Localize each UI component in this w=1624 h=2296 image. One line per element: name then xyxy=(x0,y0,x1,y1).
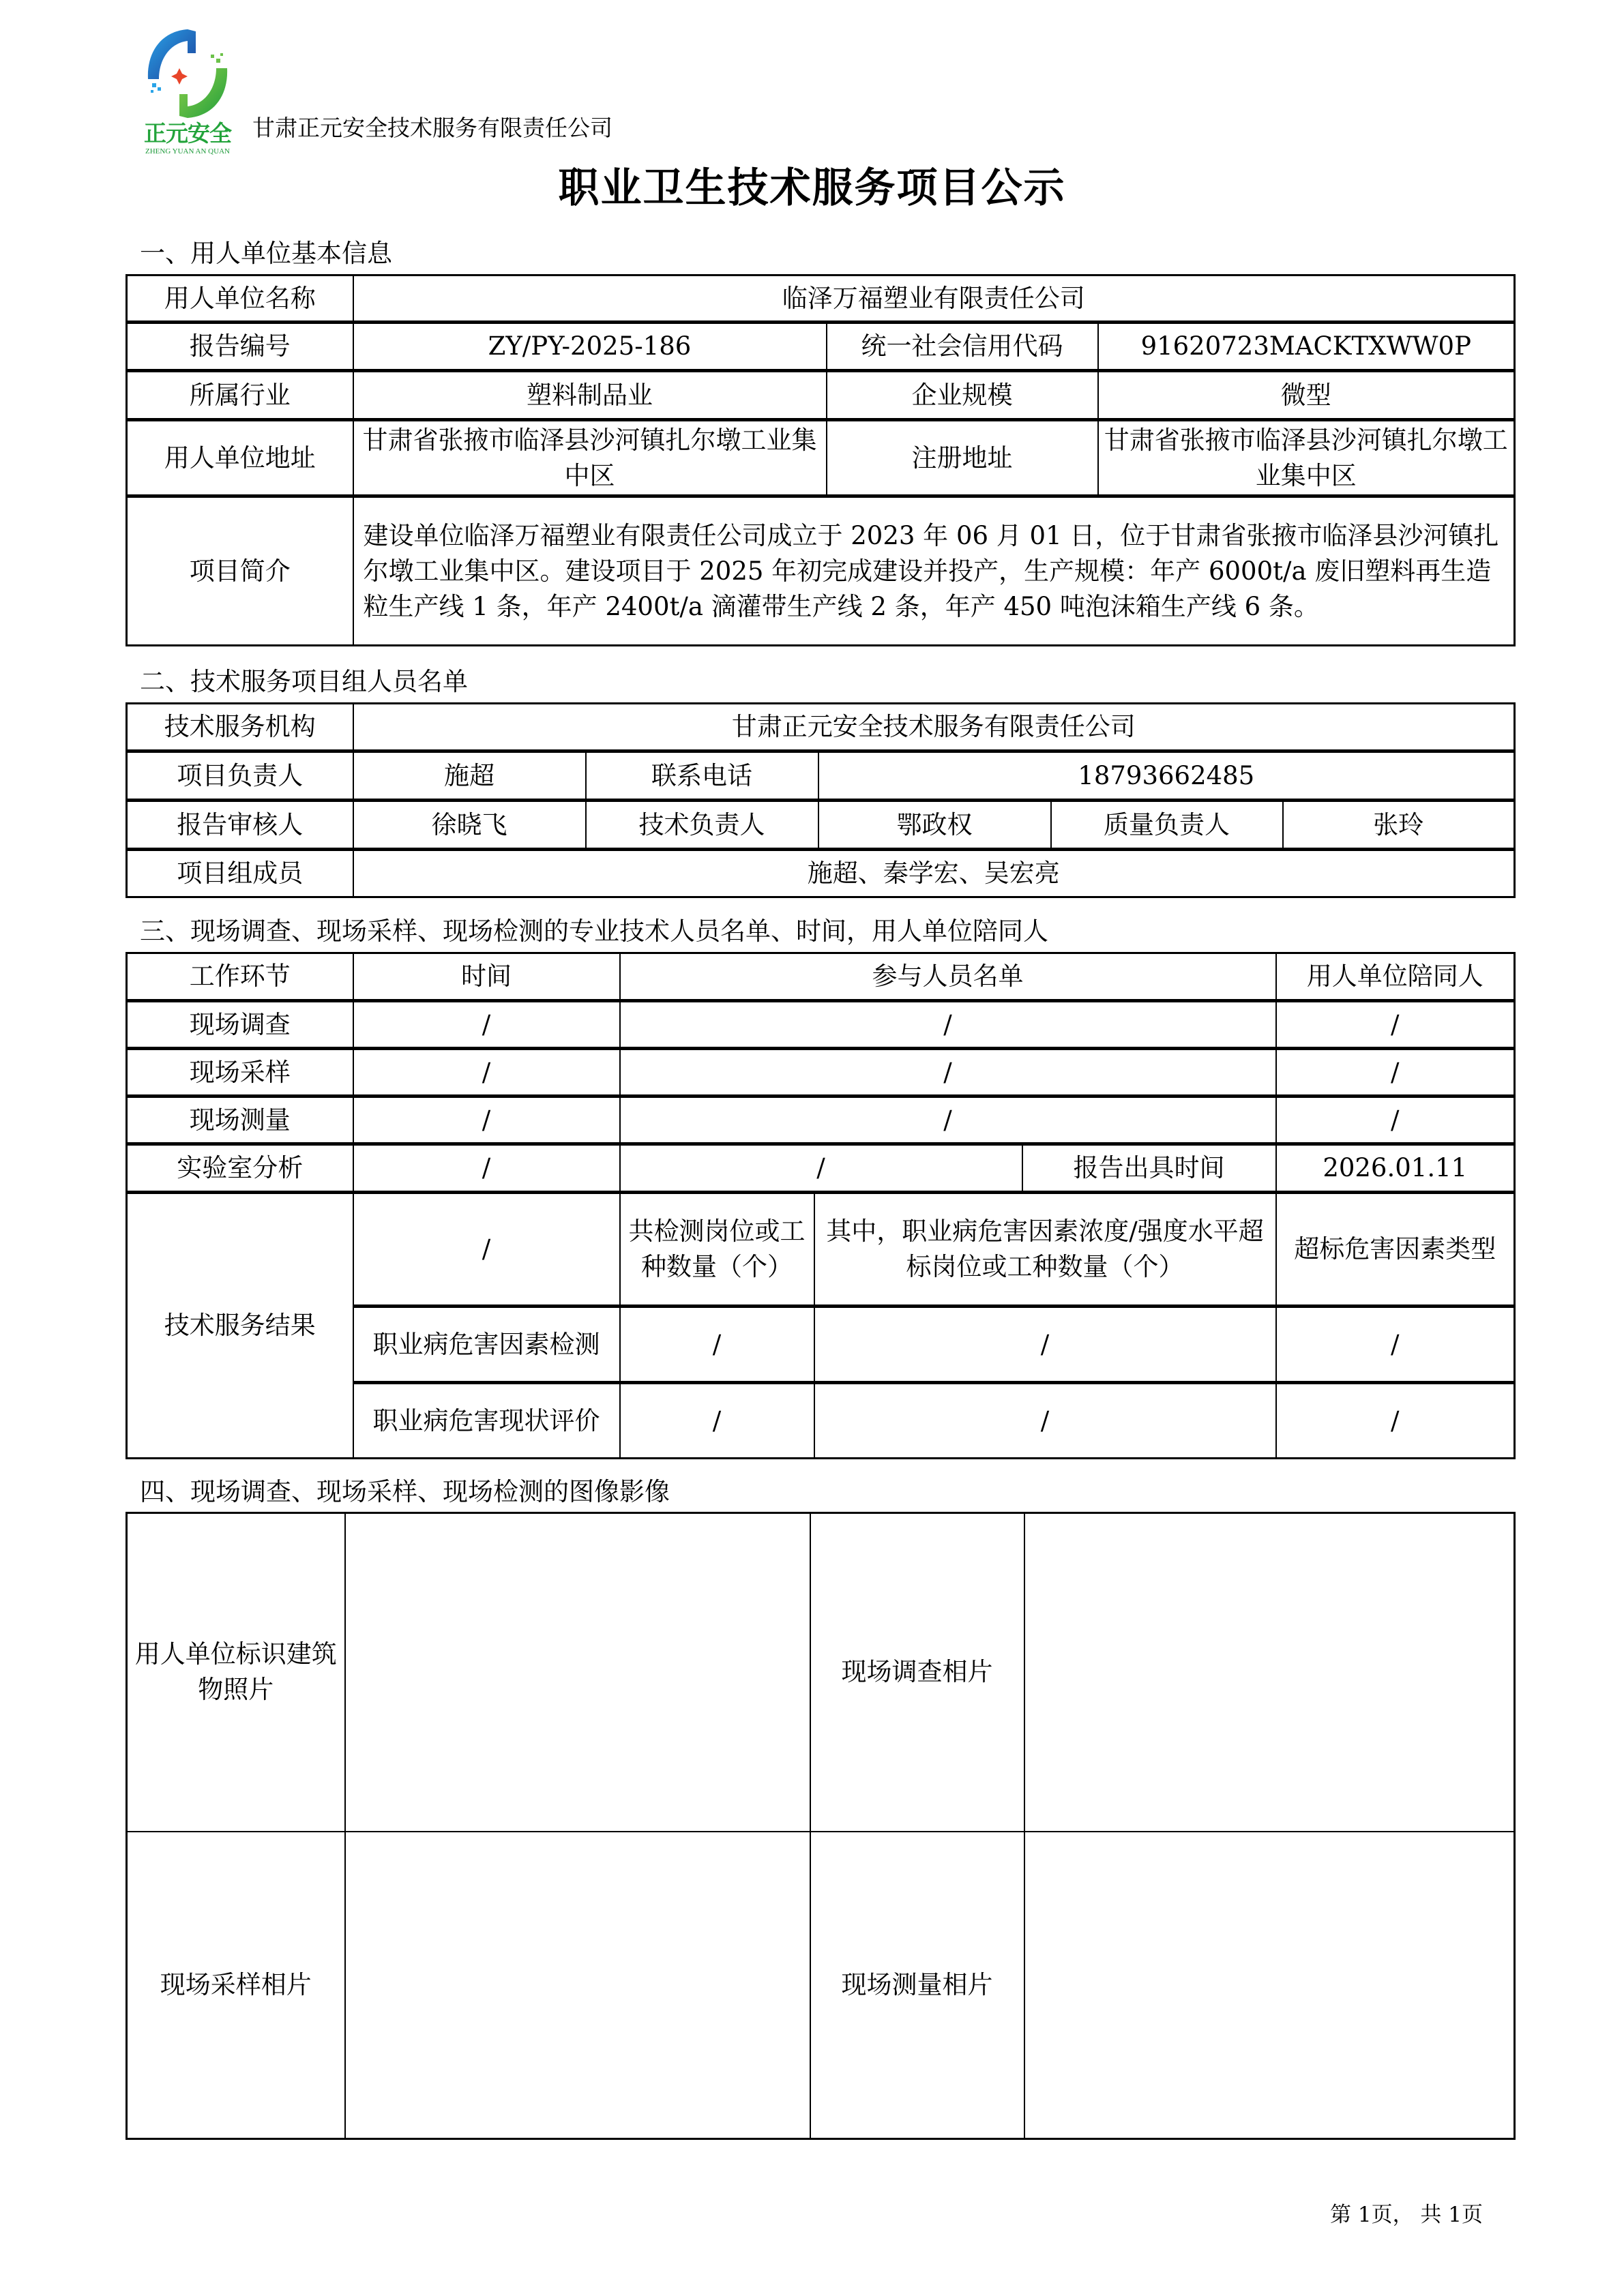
time-value: / xyxy=(353,1049,620,1097)
report-no-label: 报告编号 xyxy=(127,323,353,371)
reg-address-value: 甘肃省张掖市临泽县沙河镇扎尔墩工业集中区 xyxy=(1098,420,1515,496)
table-row: 用人单位地址 甘肃省张掖市临泽县沙河镇扎尔墩工业集中区 注册地址 甘肃省张掖市临… xyxy=(127,420,1515,496)
col-escort-header: 用人单位陪同人 xyxy=(1276,953,1515,1001)
table-row: 用人单位名称 临泽万福塑业有限责任公司 xyxy=(127,275,1515,323)
table-row: 项目组成员 施超、秦学宏、吴宏亮 xyxy=(127,850,1515,897)
report-no-value: ZY/PY-2025-186 xyxy=(353,323,827,371)
members-label: 项目组成员 xyxy=(127,850,353,897)
reviewer-value: 徐晓飞 xyxy=(353,801,586,850)
col-type-header: 超标危害因素类型 xyxy=(1276,1193,1515,1307)
leader-label: 项目负责人 xyxy=(127,751,353,801)
table-row: 工作环节 时间 参与人员名单 用人单位陪同人 xyxy=(127,953,1515,1001)
tech-lead-label: 技术负责人 xyxy=(586,801,818,850)
company-header-name: 甘肃正元安全技术服务有限责任公司 xyxy=(252,115,612,142)
credit-code-label: 统一社会信用代码 xyxy=(827,323,1098,371)
field-work-table: 工作环节 时间 参与人员名单 用人单位陪同人 现场调查 / / / 现场采样 /… xyxy=(126,952,1516,1459)
table-row: 现场调查 / / / xyxy=(127,1001,1515,1049)
col-stage-header: 工作环节 xyxy=(127,953,353,1001)
section4-heading: 四、现场调查、现场采样、现场检测的图像影像 xyxy=(140,1477,670,1507)
total-value: / xyxy=(620,1383,814,1459)
people-value: / xyxy=(620,1097,1276,1144)
exceed-value: / xyxy=(814,1383,1276,1459)
tech-lead-value: 鄂政权 xyxy=(818,801,1051,850)
reg-address-label: 注册地址 xyxy=(827,420,1098,496)
survey-photo-slot xyxy=(1024,1513,1515,1832)
measure-photo-slot xyxy=(1024,1832,1515,2139)
scale-label: 企业规模 xyxy=(827,371,1098,420)
col-people-header: 参与人员名单 xyxy=(620,953,1276,1001)
intro-value: 建设单位临泽万福塑业有限责任公司成立于 2023 年 06 月 01 日，位于甘… xyxy=(353,496,1515,646)
table-row: 现场测量 / / / xyxy=(127,1097,1515,1144)
project-team-table: 技术服务机构 甘肃正元安全技术服务有限责任公司 项目负责人 施超 联系电话 18… xyxy=(126,702,1516,898)
logo-text-en: ZHENG YUAN AN QUAN xyxy=(140,147,235,155)
section1-heading: 一、用人单位基本信息 xyxy=(140,239,392,269)
result-row-name: 职业病危害现状评价 xyxy=(353,1383,620,1459)
address-label: 用人单位地址 xyxy=(127,420,353,496)
section3-heading: 三、现场调查、现场采样、现场检测的专业技术人员名单、时间，用人单位陪同人 xyxy=(140,916,1048,946)
members-value: 施超、秦学宏、吴宏亮 xyxy=(353,850,1515,897)
table-row: 项目负责人 施超 联系电话 18793662485 xyxy=(127,751,1515,801)
table-row: 项目简介 建设单位临泽万福塑业有限责任公司成立于 2023 年 06 月 01 … xyxy=(127,496,1515,646)
measure-photo-label: 现场测量相片 xyxy=(810,1832,1024,2139)
building-photo-slot xyxy=(345,1513,810,1832)
photo-table: 用人单位标识建筑物照片 现场调查相片 现场采样相片 现场测量相片 xyxy=(126,1512,1516,2140)
results-blank: / xyxy=(353,1193,620,1307)
leader-value: 施超 xyxy=(353,751,586,801)
table-row: 现场采样相片 现场测量相片 xyxy=(127,1832,1515,2139)
escort-value: / xyxy=(1276,1097,1515,1144)
results-label: 技术服务结果 xyxy=(127,1193,353,1459)
table-row: 所属行业 塑料制品业 企业规模 微型 xyxy=(127,371,1515,420)
table-row: 报告编号 ZY/PY-2025-186 统一社会信用代码 91620723MAC… xyxy=(127,323,1515,371)
table-row: 报告审核人 徐晓飞 技术负责人 鄂政权 质量负责人 张玲 xyxy=(127,801,1515,850)
employer-info-table: 用人单位名称 临泽万福塑业有限责任公司 报告编号 ZY/PY-2025-186 … xyxy=(126,274,1516,646)
total-value: / xyxy=(620,1307,814,1383)
logo-emblem-icon xyxy=(140,26,235,121)
sampling-photo-label: 现场采样相片 xyxy=(127,1832,345,2139)
org-value: 甘肃正元安全技术服务有限责任公司 xyxy=(353,704,1515,751)
stage-sampling: 现场采样 xyxy=(127,1049,353,1097)
logo-text-cn: 正元安全 xyxy=(140,121,235,146)
issue-date-value: 2026.01.11 xyxy=(1276,1144,1515,1193)
phone-label: 联系电话 xyxy=(586,751,818,801)
table-row: 现场采样 / / / xyxy=(127,1049,1515,1097)
quality-lead-value: 张玲 xyxy=(1283,801,1515,850)
result-row-name: 职业病危害因素检测 xyxy=(353,1307,620,1383)
scale-value: 微型 xyxy=(1098,371,1515,420)
industry-value: 塑料制品业 xyxy=(353,371,827,420)
quality-lead-label: 质量负责人 xyxy=(1051,801,1283,850)
people-value: / xyxy=(620,1049,1276,1097)
people-value: / xyxy=(620,1144,1022,1193)
sampling-photo-slot xyxy=(345,1832,810,2139)
employer-name-value: 临泽万福塑业有限责任公司 xyxy=(353,275,1515,323)
page-number: 第 1页， 共 1页 xyxy=(1330,2197,1483,2228)
building-photo-label: 用人单位标识建筑物照片 xyxy=(127,1513,345,1832)
address-value: 甘肃省张掖市临泽县沙河镇扎尔墩工业集中区 xyxy=(353,420,827,496)
escort-value: / xyxy=(1276,1049,1515,1097)
col-total-header: 共检测岗位或工种数量（个） xyxy=(620,1193,814,1307)
industry-label: 所属行业 xyxy=(127,371,353,420)
issue-date-label: 报告出具时间 xyxy=(1022,1144,1276,1193)
section2-heading: 二、技术服务项目组人员名单 xyxy=(140,667,468,697)
stage-survey: 现场调查 xyxy=(127,1001,353,1049)
survey-photo-label: 现场调查相片 xyxy=(810,1513,1024,1832)
employer-name-label: 用人单位名称 xyxy=(127,275,353,323)
col-exceed-header: 其中，职业病危害因素浓度/强度水平超标岗位或工种数量（个） xyxy=(814,1193,1276,1307)
company-logo: 正元安全 ZHENG YUAN AN QUAN xyxy=(140,26,235,155)
reviewer-label: 报告审核人 xyxy=(127,801,353,850)
type-value: / xyxy=(1276,1307,1515,1383)
credit-code-value: 91620723MACKTXWW0P xyxy=(1098,323,1515,371)
table-row: 技术服务机构 甘肃正元安全技术服务有限责任公司 xyxy=(127,704,1515,751)
table-row: 实验室分析 / / 报告出具时间 2026.01.11 xyxy=(127,1144,1515,1193)
time-value: / xyxy=(353,1001,620,1049)
document-title: 职业卫生技术服务项目公示 xyxy=(0,161,1624,215)
phone-value: 18793662485 xyxy=(818,751,1515,801)
table-row: 用人单位标识建筑物照片 现场调查相片 xyxy=(127,1513,1515,1832)
col-time-header: 时间 xyxy=(353,953,620,1001)
stage-measure: 现场测量 xyxy=(127,1097,353,1144)
stage-lab: 实验室分析 xyxy=(127,1144,353,1193)
escort-value: / xyxy=(1276,1001,1515,1049)
exceed-value: / xyxy=(814,1307,1276,1383)
intro-label: 项目简介 xyxy=(127,496,353,646)
time-value: / xyxy=(353,1097,620,1144)
org-label: 技术服务机构 xyxy=(127,704,353,751)
time-value: / xyxy=(353,1144,620,1193)
table-row: 技术服务结果 / 共检测岗位或工种数量（个） 其中，职业病危害因素浓度/强度水平… xyxy=(127,1193,1515,1307)
people-value: / xyxy=(620,1001,1276,1049)
type-value: / xyxy=(1276,1383,1515,1459)
